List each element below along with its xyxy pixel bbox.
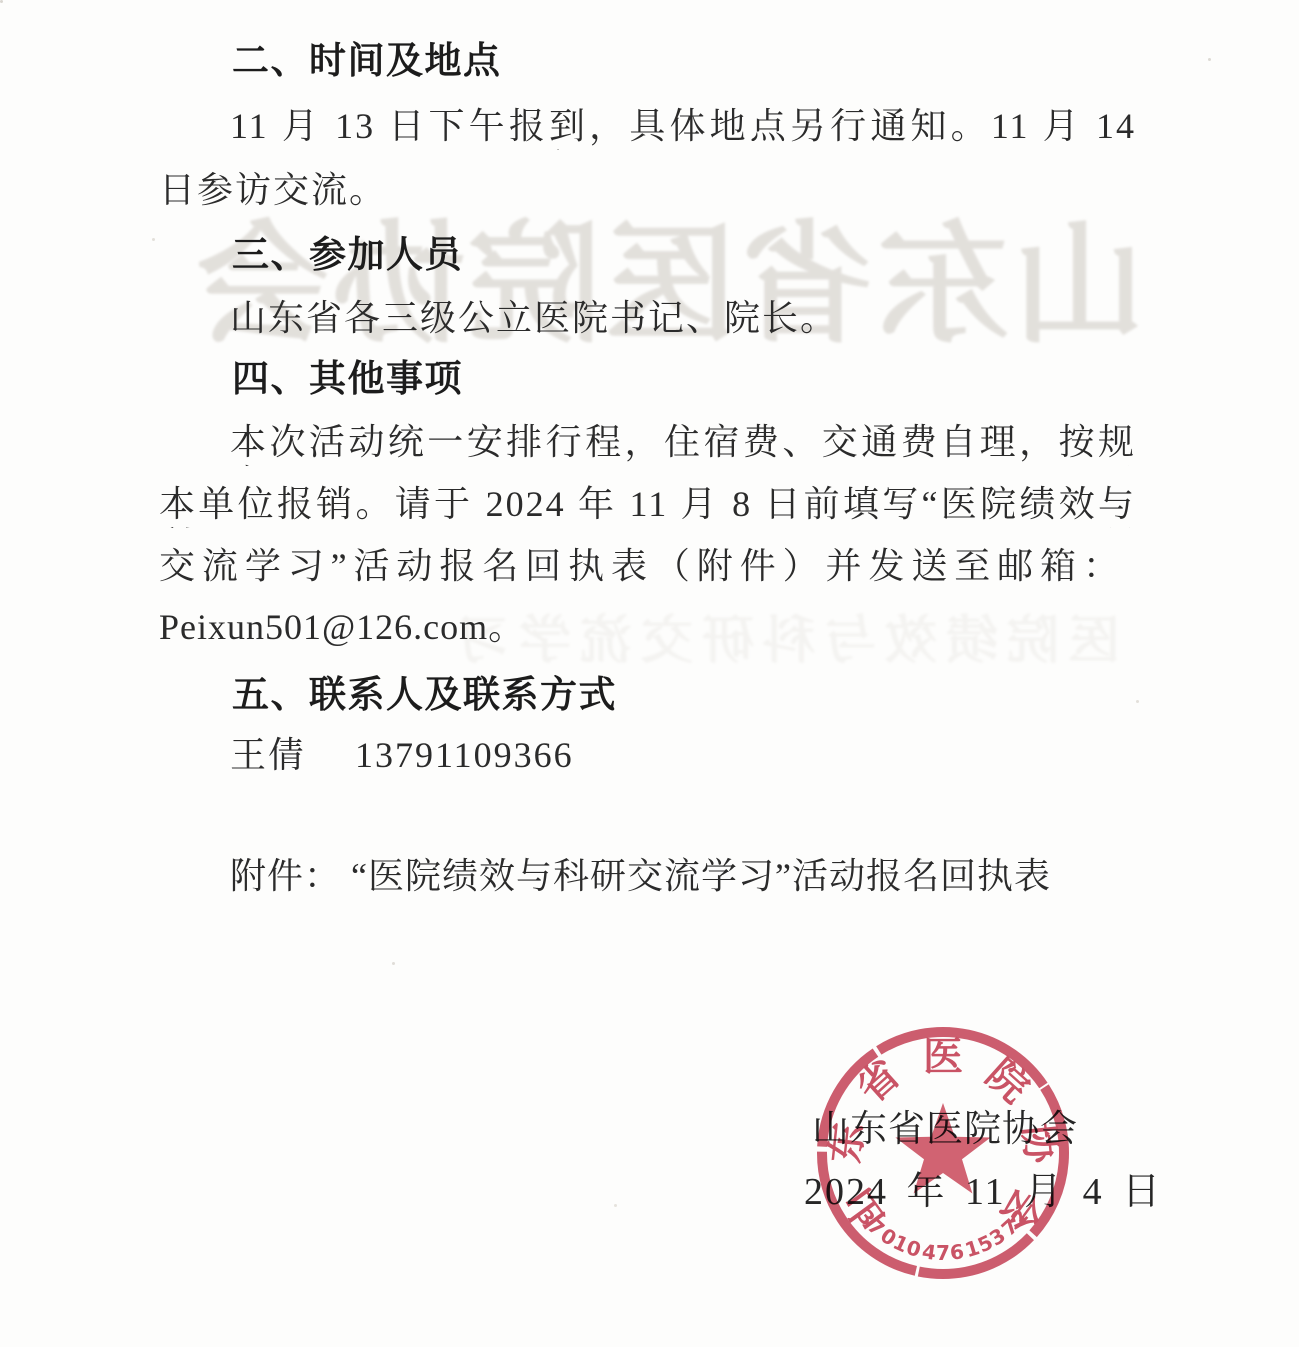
body-line: 日参访交流。 — [159, 170, 387, 211]
section-heading-time-place: 二、时间及地点 — [232, 40, 502, 83]
paper-specks — [0, 0, 1, 1]
seal-ring-char: 协 — [1015, 1121, 1064, 1167]
section-heading-other-matters: 四、其他事项 — [232, 358, 463, 401]
showthrough-watermark-secondary: 医院绩效与科研交流学习 — [430, 598, 1120, 673]
section-heading-contact: 五、联系人及联系方式 — [232, 674, 617, 717]
section-heading-participants: 三、参加人员 — [232, 234, 463, 277]
contact-line: 王倩 13791109366 — [230, 735, 574, 776]
seal-ring-char: 东 — [823, 1121, 872, 1165]
body-line: 本次活动统一安排行程，住宿费、交通费自理，按规定回 — [230, 422, 1136, 466]
body-line: 山东省各三级公立医院书记、院长。 — [230, 298, 838, 339]
seal-star-icon — [895, 1103, 990, 1194]
body-line: 本单位报销。请于 2024 年 11 月 8 日前填写“医院绩效与科研 — [159, 484, 1136, 528]
attachment-line: 附件： “医院绩效与科研交流学习”活动报名回执表 — [230, 856, 1051, 897]
email-line: Peixun501@126.com。 — [159, 607, 525, 648]
seal-ring-char: 省 — [849, 1051, 909, 1111]
scanned-document-page: 山东省医院协会 医院绩效与科研交流学习 二、时间及地点 11 月 13 日下午报… — [0, 0, 1299, 1347]
seal-ring-char: 医 — [923, 1034, 963, 1079]
body-line: 交流学习”活动报名回执表（附件）并发送至邮箱： — [159, 546, 1121, 590]
official-seal: 山 东 省 医 院 协 会 3 7 0 1 0 4 7 6 1 5 3 7 2 — [808, 1018, 1078, 1288]
body-line: 11 月 13 日下午报到，具体地点另行通知。11 月 14 日至 15 — [230, 106, 1136, 150]
seal-ring-char: 院 — [978, 1051, 1038, 1111]
